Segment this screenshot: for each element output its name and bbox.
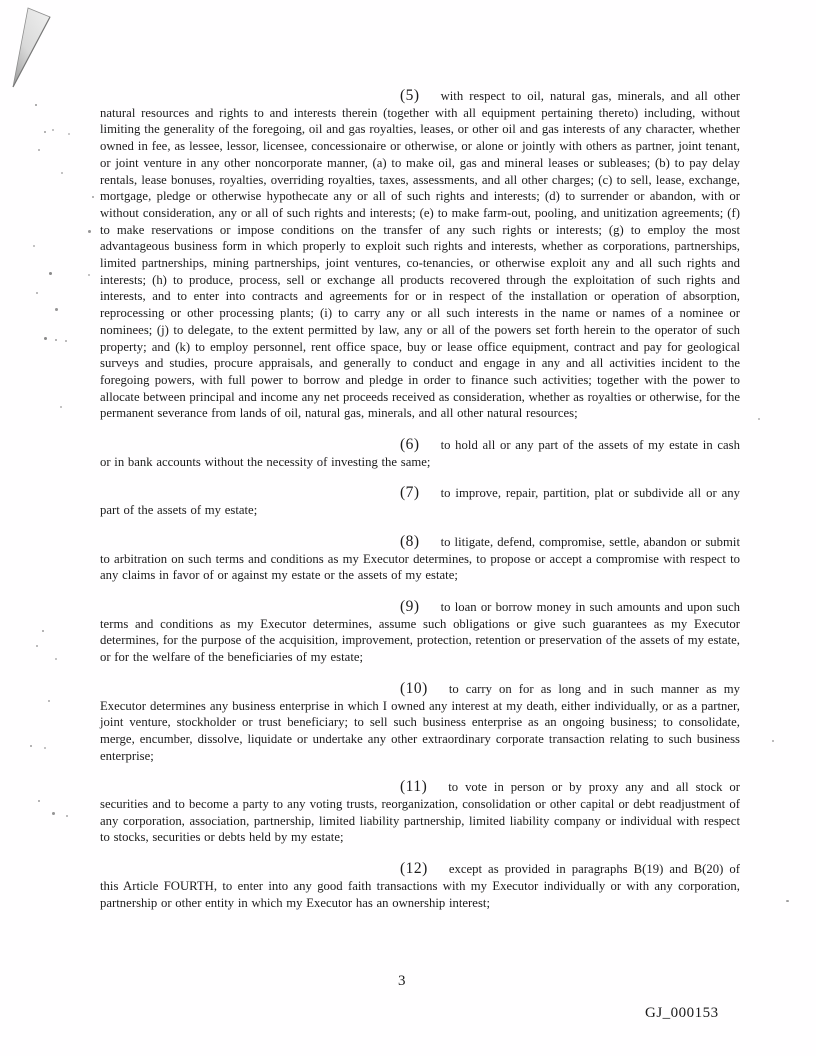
scan-speckle — [44, 131, 46, 133]
scan-speckle — [68, 133, 70, 135]
bates-number: GJ_000153 — [645, 1005, 719, 1022]
paragraph-7: (7)to improve, repair, partition, plat o… — [100, 485, 740, 518]
scan-speckle — [44, 337, 47, 340]
scan-speckle — [30, 745, 32, 747]
scan-speckle — [38, 800, 40, 802]
scan-speckle — [38, 149, 40, 151]
scan-speckle — [92, 196, 94, 198]
scan-speckle — [48, 700, 50, 702]
paragraph-9: (9)to loan or borrow money in such amoun… — [100, 599, 740, 666]
paragraph-11-number: (11) — [400, 778, 427, 795]
paragraph-6-text: to hold all or any part of the assets of… — [100, 438, 740, 469]
scan-speckle — [65, 340, 67, 342]
scan-speckle — [55, 339, 57, 341]
paragraph-8: (8)to litigate, defend, compromise, sett… — [100, 534, 740, 584]
scan-speckle — [55, 658, 57, 660]
paragraph-7-text: to improve, repair, partition, plat or s… — [100, 486, 740, 517]
scan-speckle — [772, 740, 774, 742]
paragraph-5: (5)with respect to oil, natural gas, min… — [100, 88, 740, 422]
paragraph-11: (11)to vote in person or by proxy any an… — [100, 779, 740, 846]
paragraph-9-text: to loan or borrow money in such amounts … — [100, 600, 740, 664]
paragraph-12: (12)except as provided in paragraphs B(1… — [100, 861, 740, 911]
paragraph-8-number: (8) — [400, 533, 420, 550]
scan-speckle — [52, 129, 54, 131]
paragraph-6-number: (6) — [400, 436, 420, 453]
scan-speckle — [66, 815, 68, 817]
scan-speckle — [36, 645, 38, 647]
page-corner-fold-artifact — [0, 0, 70, 100]
scan-speckle — [49, 272, 52, 275]
scan-speckle — [88, 230, 91, 233]
scan-speckle — [60, 406, 62, 408]
scan-speckle — [35, 104, 37, 106]
scan-speckle — [33, 245, 35, 247]
scan-speckle — [36, 292, 38, 294]
scan-speckle — [88, 274, 90, 276]
paragraph-5-text: with respect to oil, natural gas, minera… — [100, 89, 740, 420]
scan-speckle — [52, 812, 55, 815]
scanned-document-page: (5)with respect to oil, natural gas, min… — [0, 0, 816, 1056]
paragraph-6: (6)to hold all or any part of the assets… — [100, 437, 740, 470]
document-body: (5)with respect to oil, natural gas, min… — [100, 88, 740, 926]
paragraph-12-number: (12) — [400, 860, 428, 877]
scan-speckle — [42, 630, 44, 632]
scan-speckle — [55, 308, 58, 311]
paragraph-10: (10)to carry on for as long and in such … — [100, 681, 740, 765]
paragraph-9-number: (9) — [400, 598, 420, 615]
page-number: 3 — [398, 973, 406, 990]
paragraph-7-number: (7) — [400, 484, 420, 501]
paragraph-10-number: (10) — [400, 680, 428, 697]
scan-speckle — [61, 172, 63, 174]
scan-speckle — [44, 747, 46, 749]
scan-speckle — [786, 900, 789, 902]
paragraph-8-text: to litigate, defend, compromise, settle,… — [100, 535, 740, 582]
scan-speckle — [758, 418, 760, 420]
paragraph-5-number: (5) — [400, 87, 420, 104]
